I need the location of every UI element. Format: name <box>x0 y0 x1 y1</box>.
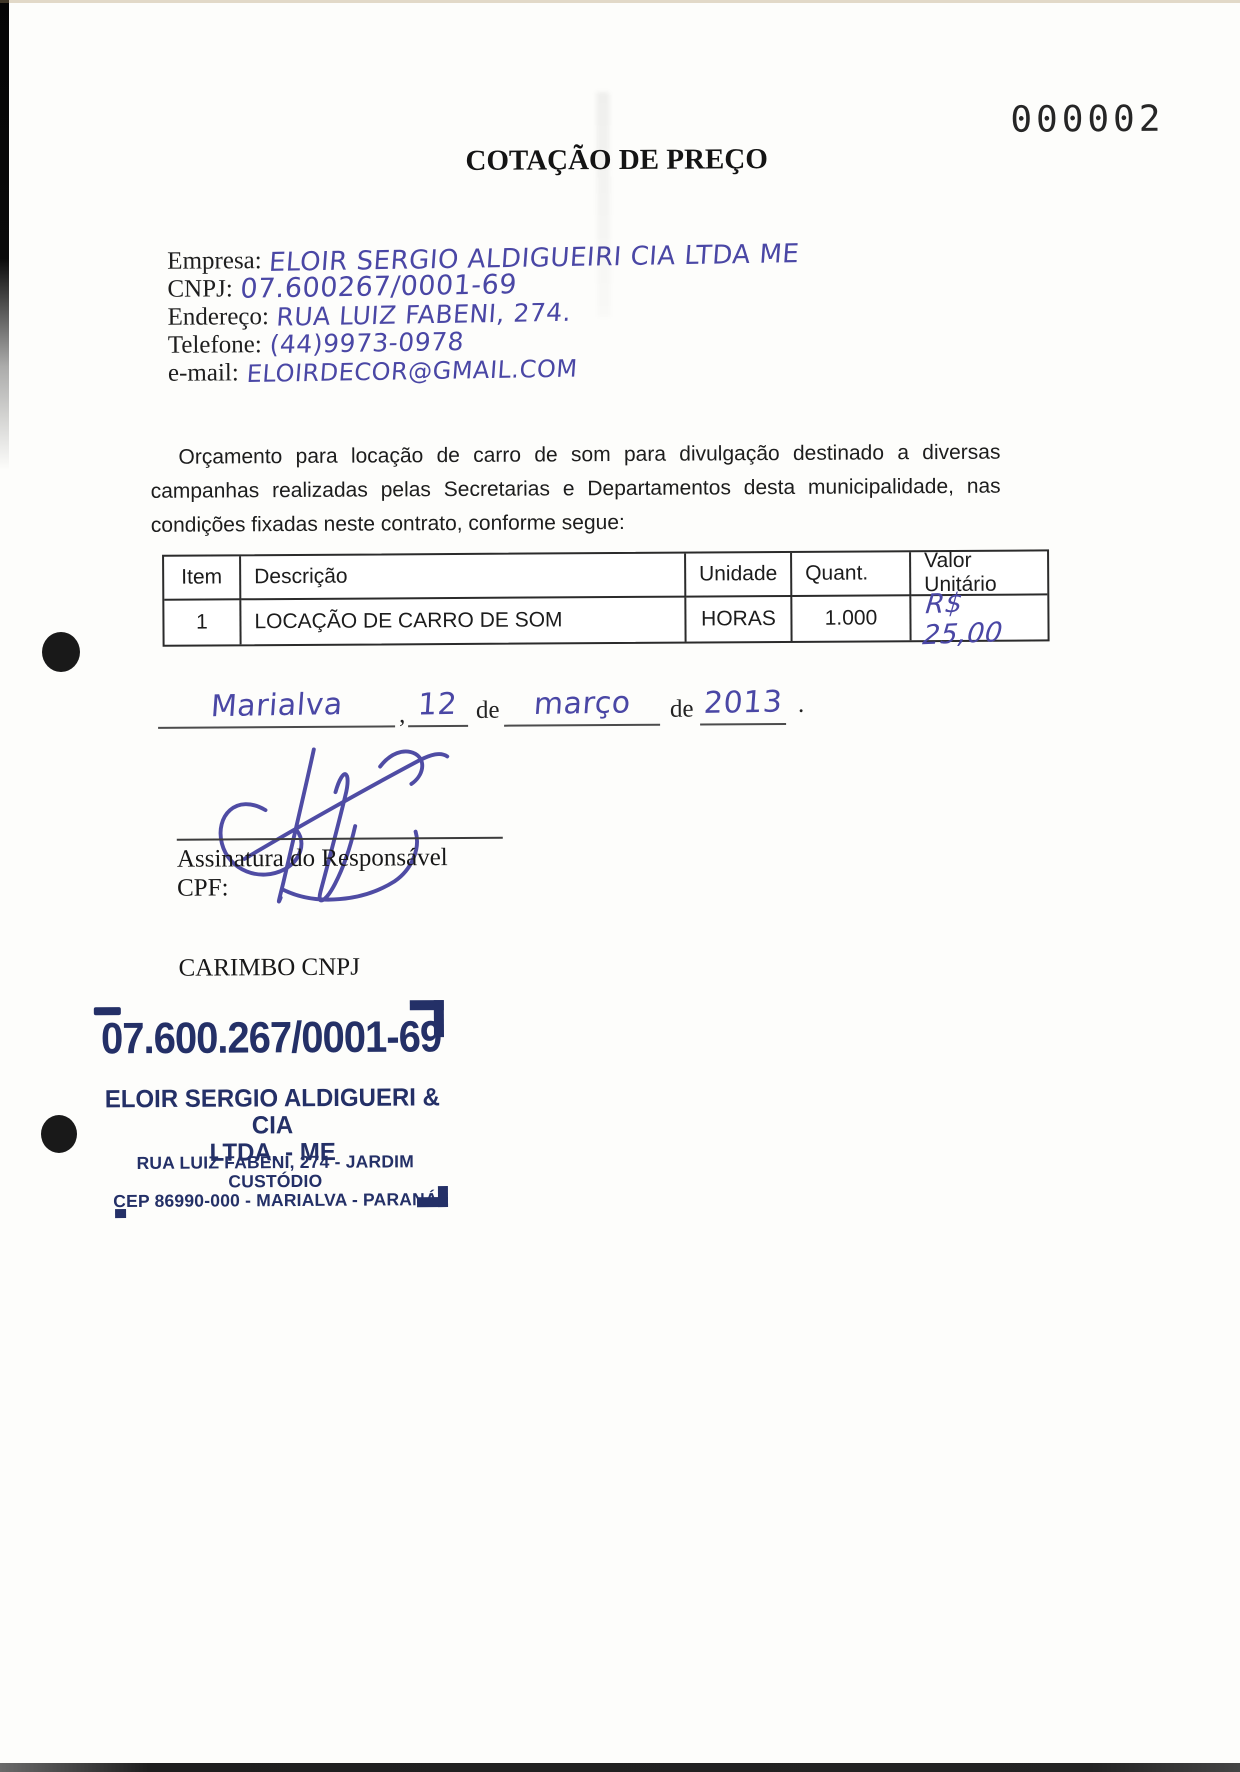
month-handwritten: março <box>532 685 631 722</box>
year-handwritten: 2013 <box>703 685 784 721</box>
date-comma: , <box>399 701 405 729</box>
date-line: Marialva , 12 de março de 2013 . <box>158 679 858 739</box>
field-row-telefone: Telefone:(44)9973-0978 <box>168 327 800 359</box>
company-info-block: Empresa:ELOIR SERGIO ALDIGUEIRI CIA LTDA… <box>167 243 800 387</box>
stamp-address: RUA LUIZ FABENI, 274 - JARDIM CUSTÓDIO C… <box>103 1152 448 1211</box>
scan-bottom-edge-shadow <box>0 1763 1240 1772</box>
telefone-label: Telefone: <box>168 331 262 359</box>
email-label: e-mail: <box>168 359 239 386</box>
stamp-corner-top-right-bracket <box>410 1000 444 1037</box>
scan-left-edge-shadow <box>0 0 9 470</box>
endereco-label: Endereço: <box>168 303 270 331</box>
document-title: COTAÇÃO DE PREÇO <box>0 140 1237 181</box>
date-period: . <box>798 691 804 719</box>
stamp-cnpj-number: 07.600.267/0001-69 <box>101 1013 441 1065</box>
stamp-company-line1: ELOIR SERGIO ALDIGUERI & CIA <box>102 1085 442 1141</box>
scan-top-edge-line <box>0 0 1240 3</box>
empresa-label: Empresa: <box>167 247 262 275</box>
date-de-2: de <box>670 696 694 724</box>
cpf-label: CPF: <box>177 872 448 903</box>
cell-unidade: HORAS <box>686 597 792 642</box>
intro-paragraph: Orçamento para locação de carro de som p… <box>150 436 1001 543</box>
field-row-cnpj: CNPJ:07.600267/0001-69 <box>167 271 799 303</box>
header-unidade: Unidade <box>686 553 792 598</box>
city-handwritten: Marialva <box>209 687 343 724</box>
stamp-corner-top-left-mark <box>94 1007 121 1015</box>
cell-quant: 1.000 <box>792 596 911 641</box>
month-blank: março <box>504 680 660 727</box>
valor-handwritten-text: R$ 25,00 <box>921 584 1051 651</box>
stamp-corner-bottom-right-bracket <box>417 1186 448 1207</box>
stamp-corner-bottom-left-mark <box>115 1209 126 1218</box>
signature-caption: Assinatura do Responsável <box>177 843 448 874</box>
cnpj-label: CNPJ: <box>167 275 232 302</box>
scanned-document-page: 000002 COTAÇÃO DE PREÇO Empresa:ELOIR SE… <box>0 0 1240 1772</box>
stamp-address-line1: RUA LUIZ FABENI, 274 - JARDIM CUSTÓDIO <box>103 1152 448 1192</box>
hole-punch-bottom <box>41 1115 77 1153</box>
stamp-address-line2: CEP 86990-000 - MARIALVA - PARANÁ <box>103 1190 448 1211</box>
day-blank: 12 <box>408 681 468 727</box>
page-number-stamp: 000002 <box>1010 99 1164 141</box>
scan-fold-mark <box>596 92 610 317</box>
cell-item: 1 <box>164 600 241 644</box>
email-handwritten-value: ELOIRDECOR@GMAIL.COM <box>246 355 579 388</box>
cell-descricao: LOCAÇÃO DE CARRO DE SOM <box>241 598 686 645</box>
date-de-1: de <box>476 697 500 725</box>
header-descricao: Descrição <box>241 554 686 601</box>
signature-caption-block: Assinatura do Responsável CPF: <box>177 843 448 903</box>
hole-punch-top <box>42 632 80 672</box>
quote-table: Item Descrição Unidade Quant. Valor Unit… <box>162 549 1050 646</box>
stamp-section-heading: CARIMBO CNPJ <box>178 954 359 983</box>
city-blank: Marialva <box>158 681 395 728</box>
telefone-handwritten-value: (44)9973-0978 <box>269 328 465 359</box>
cell-valor-handwritten: R$ 25,00 <box>911 595 1047 640</box>
header-item: Item <box>164 556 241 600</box>
year-blank: 2013 <box>700 679 786 726</box>
day-handwritten: 12 <box>417 687 459 723</box>
header-quant: Quant. <box>792 552 911 597</box>
field-row-email: e-mail:ELOIRDECOR@GMAIL.COM <box>168 355 800 387</box>
